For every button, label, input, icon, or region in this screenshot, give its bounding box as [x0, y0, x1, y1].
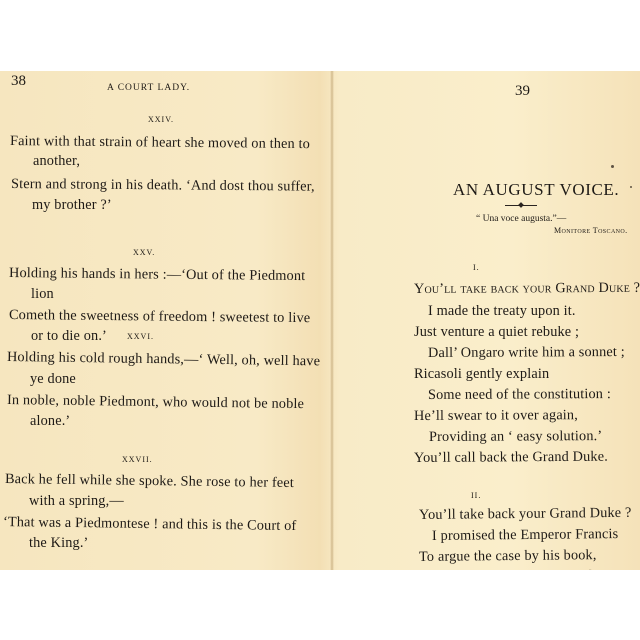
- stanza-number: XXIV.: [148, 115, 174, 124]
- verse-line: To argue the case by his book,: [419, 547, 597, 566]
- verse-line: lion: [31, 286, 54, 303]
- verse-line: You’ll call back the Grand Duke.: [414, 449, 608, 467]
- left-page: 38 A COURT LADY. XXIV. Faint with that s…: [0, 71, 331, 570]
- verse-line: I made the treaty upon it.: [428, 303, 576, 320]
- verse-line: Faint with that strain of heart she move…: [10, 133, 310, 153]
- page-number: 39: [515, 83, 530, 100]
- stanza-number: XXVI.: [127, 332, 154, 341]
- running-head: A COURT LADY.: [107, 83, 190, 93]
- verse-line: my brother ?’: [32, 197, 112, 214]
- verse-line: You’ll take back your Grand Duke ?: [419, 505, 632, 524]
- verse-line: In noble, noble Piedmont, who would not …: [7, 392, 304, 413]
- verse-line: Holding his cold rough hands,—‘ Well, oh…: [7, 349, 320, 370]
- verse-line: Some need of the constitution :: [428, 386, 611, 404]
- right-page: 39 AN AUGUST VOICE. “ Una voce augusta.”…: [333, 71, 640, 570]
- page-number: 38: [11, 73, 26, 90]
- verse-line: Providing an ‘ easy solution.’: [429, 428, 602, 446]
- verse-line: Cometh the sweetness of freedom ! sweete…: [9, 307, 310, 327]
- book-spread: 38 A COURT LADY. XXIV. Faint with that s…: [0, 71, 640, 570]
- stanza-number: II.: [471, 491, 481, 500]
- verse-line: Back he fell while she spoke. She rose t…: [5, 471, 294, 492]
- verse-line: You’ll take back your Grand Duke ?: [414, 280, 640, 298]
- stanza-number: XXVII.: [122, 455, 153, 464]
- verse-line: ye done: [30, 371, 76, 388]
- verse-line: Just venture a quiet rebuke ;: [414, 324, 579, 341]
- verse-line: Dall’ Ongaro write him a sonnet ;: [428, 344, 625, 362]
- ornament-rule-icon: [505, 205, 537, 206]
- epigraph-attribution: Monitore Toscano.: [554, 226, 628, 235]
- verse-line: Holding his hands in hers :—‘Out of the …: [9, 265, 305, 285]
- verse-line: And ask you to meet his advances.: [433, 567, 636, 570]
- poem-title: AN AUGUST VOICE.: [453, 180, 619, 200]
- paper-speck: [611, 165, 614, 168]
- verse-line: or to die on.’: [31, 328, 107, 345]
- verse-line: with a spring,—: [29, 493, 124, 510]
- verse-line: I promised the Emperor Francis: [432, 526, 619, 545]
- verse-line: alone.’: [30, 413, 70, 430]
- verse-line: He’ll swear to it over again,: [414, 407, 578, 425]
- stanza-number: I.: [473, 263, 480, 272]
- epigraph: “ Una voce augusta.”—: [476, 214, 566, 224]
- verse-line: another,: [33, 153, 80, 170]
- stanza-number: XXV.: [133, 248, 155, 257]
- paper-speck: [630, 186, 632, 188]
- verse-line: Stern and strong in his death. ‘And dost…: [11, 176, 315, 196]
- verse-line: ‘That was a Piedmontese ! and this is th…: [3, 514, 297, 535]
- verse-line: the King.’: [29, 535, 88, 552]
- verse-line: Ricasoli gently explain: [414, 366, 549, 383]
